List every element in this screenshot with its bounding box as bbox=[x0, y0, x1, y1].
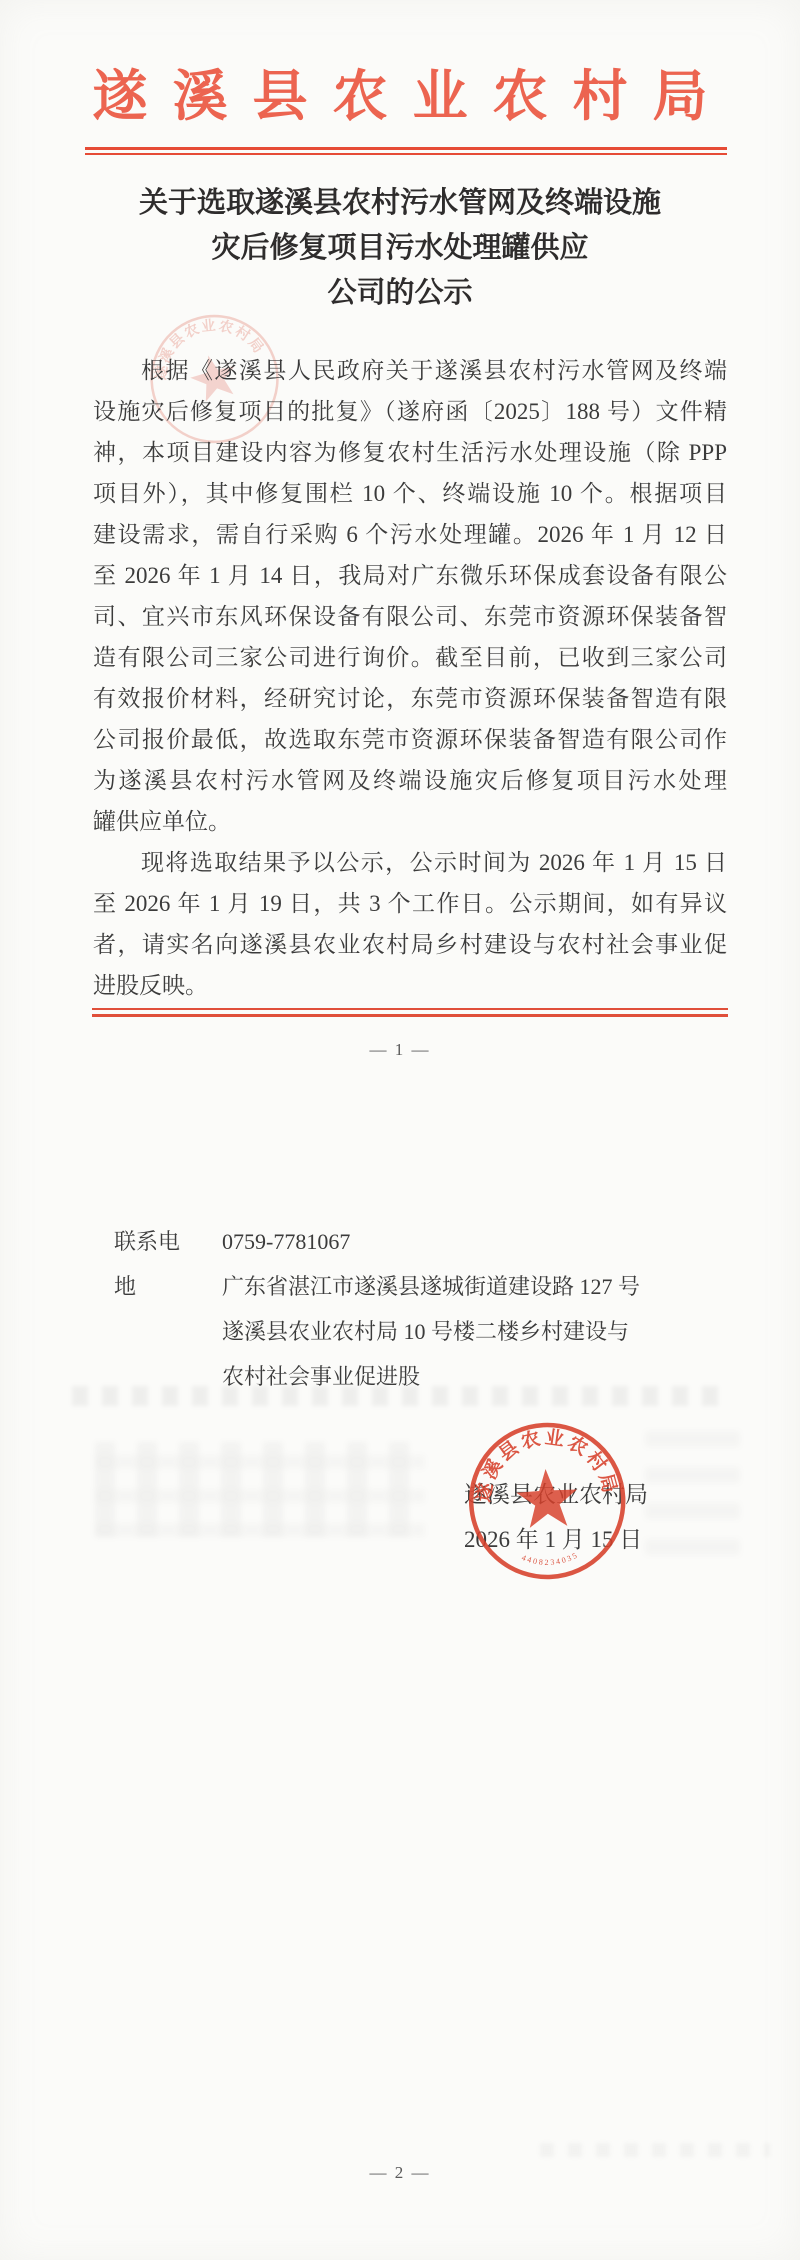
body-paragraph-1-line: 有效报价材料，经研究讨论，东莞市资源环保装备智造有限 bbox=[93, 678, 727, 719]
body-paragraph-2-line: 现将选取结果予以公示，公示时间为 2026 年 1 月 15 日 bbox=[93, 842, 727, 883]
document-title-line: 公司的公示 bbox=[0, 271, 800, 316]
body-paragraph-1-line: 设施灾后修复项目的批复》（遂府函〔2025〕188 号）文件精 bbox=[93, 391, 727, 432]
letterhead-double-rule bbox=[85, 147, 727, 155]
address-lines: 广东省湛江市遂溪县遂城街道建设路 127 号遂溪县农业农村局 10 号楼二楼乡村… bbox=[222, 1264, 694, 1399]
body-paragraph-1-line: 根据《遂溪县人民政府关于遂溪县农村污水管网及终端 bbox=[93, 350, 727, 391]
page-number-2: — 2 — bbox=[0, 2163, 800, 2183]
address-lines-line: 农村社会事业促进股 bbox=[222, 1354, 694, 1399]
body-paragraph-1-line: 罐供应单位。 bbox=[93, 801, 727, 842]
footer-double-rule bbox=[92, 1008, 728, 1017]
body-paragraph-1-line: 建设需求，需自行采购 6 个污水处理罐。2026 年 1 月 12 日 bbox=[93, 514, 727, 555]
contact-block: 联系电话： 0759-7781067 地 址： 广东省湛江市遂溪县遂城街道建设路… bbox=[114, 1219, 694, 1399]
body-paragraph-1-line: 神，本项目建设内容为修复农村生活污水处理设施（除 PPP bbox=[93, 432, 727, 473]
ink-bleed-smudge bbox=[645, 1425, 740, 1555]
signature-date: 2026 年 1 月 15 日 bbox=[464, 1517, 648, 1562]
address-label: 地 址： bbox=[114, 1264, 222, 1309]
letterhead-agency-name: 遂溪县农业农村局 bbox=[0, 52, 800, 131]
address-lines-line: 广东省湛江市遂溪县遂城街道建设路 127 号 bbox=[222, 1264, 694, 1309]
ink-bleed-smudge bbox=[540, 2143, 770, 2157]
body-paragraph-2-line: 进股反映。 bbox=[93, 965, 727, 1006]
page-number-1: — 1 — bbox=[0, 1040, 800, 1060]
body-paragraph-1: 根据《遂溪县人民政府关于遂溪县农村污水管网及终端设施灾后修复项目的批复》（遂府函… bbox=[93, 350, 727, 842]
body-paragraph-1-line: 造有限公司三家公司进行询价。截至目前，已收到三家公司 bbox=[93, 637, 727, 678]
document-body: 根据《遂溪县人民政府关于遂溪县农村污水管网及终端设施灾后修复项目的批复》（遂府函… bbox=[93, 350, 727, 1006]
phone-value: 0759-7781067 bbox=[222, 1219, 694, 1264]
signature-agency: 遂溪县农业农村局 bbox=[464, 1472, 648, 1517]
body-paragraph-2-line: 者，请实名向遂溪县农业农村局乡村建设与农村社会事业促 bbox=[93, 924, 727, 965]
body-paragraph-1-line: 项目外），其中修复围栏 10 个、终端设施 10 个。根据项目 bbox=[93, 473, 727, 514]
contact-phone-row: 联系电话： 0759-7781067 bbox=[114, 1219, 694, 1264]
document-title-line: 灾后修复项目污水处理罐供应 bbox=[0, 226, 800, 271]
ink-bleed-smudge bbox=[95, 1442, 425, 1537]
document-page: 遂溪县农业农村局 关于选取遂溪县农村污水管网及终端设施灾后修复项目污水处理罐供应… bbox=[0, 0, 800, 2260]
address-lines-line: 遂溪县农业农村局 10 号楼二楼乡村建设与 bbox=[222, 1309, 694, 1354]
body-paragraph-2: 现将选取结果予以公示，公示时间为 2026 年 1 月 15 日至 2026 年… bbox=[93, 842, 727, 1006]
body-paragraph-1-line: 司、宜兴市东风环保设备有限公司、东莞市资源环保装备智 bbox=[93, 596, 727, 637]
phone-label: 联系电话： bbox=[114, 1219, 222, 1264]
contact-address-row: 地 址： 广东省湛江市遂溪县遂城街道建设路 127 号遂溪县农业农村局 10 号… bbox=[114, 1264, 694, 1399]
body-paragraph-2-line: 至 2026 年 1 月 19 日，共 3 个工作日。公示期间，如有异议 bbox=[93, 883, 727, 924]
signature-block: 遂溪县农业农村局 2026 年 1 月 15 日 bbox=[464, 1472, 648, 1562]
body-paragraph-1-line: 为遂溪县农村污水管网及终端设施灾后修复项目污水处理 bbox=[93, 760, 727, 801]
body-paragraph-1-line: 至 2026 年 1 月 14 日，我局对广东微乐环保成套设备有限公 bbox=[93, 555, 727, 596]
document-title-line: 关于选取遂溪县农村污水管网及终端设施 bbox=[0, 181, 800, 226]
document-title: 关于选取遂溪县农村污水管网及终端设施灾后修复项目污水处理罐供应公司的公示 bbox=[0, 181, 800, 316]
body-paragraph-1-line: 公司报价最低，故选取东莞市资源环保装备智造有限公司作 bbox=[93, 719, 727, 760]
